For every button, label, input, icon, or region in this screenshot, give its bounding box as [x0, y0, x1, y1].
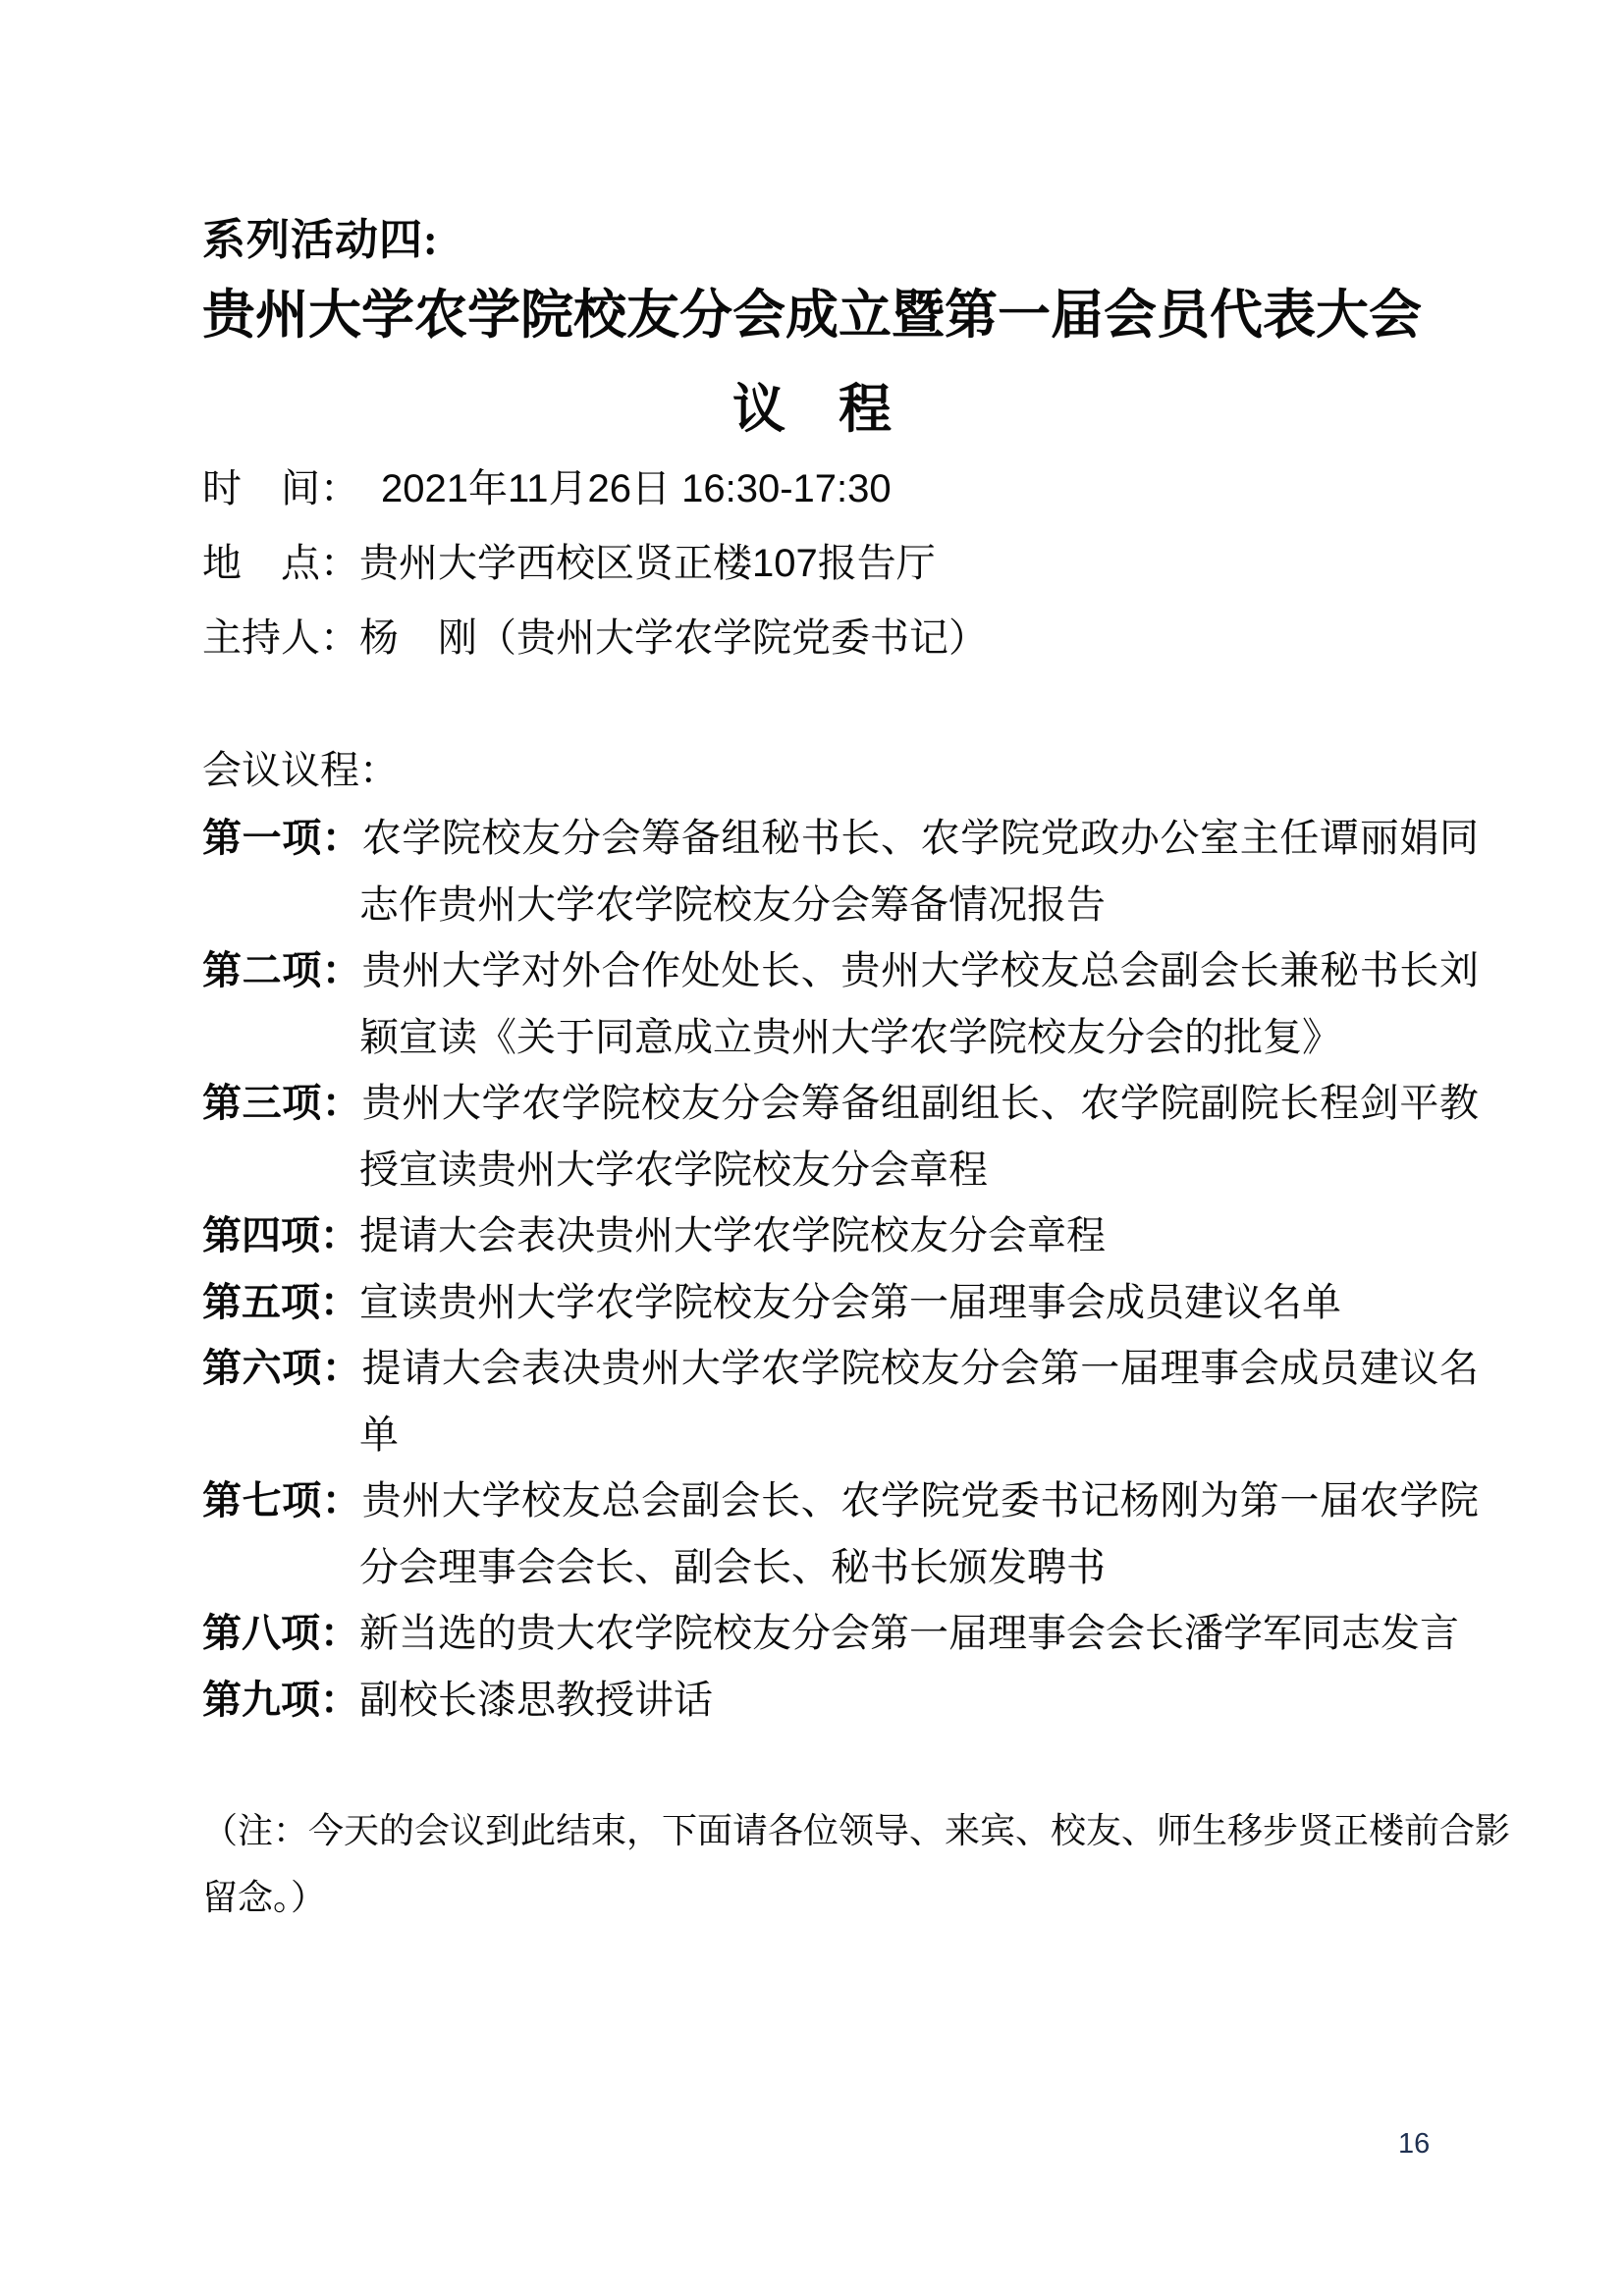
agenda-item-label: 第二项： — [202, 948, 362, 992]
agenda-item-text: 贵州大学对外合作处处长、贵州大学校友总会副会长兼秘书长刘颖宣读《关于同意成立贵州… — [359, 948, 1479, 1059]
agenda-item-text: 贵州大学校友总会副会长、农学院党委书记杨刚为第一届农学院分会理事会会长、副会长、… — [359, 1478, 1479, 1589]
agenda-item-text: 新当选的贵大农学院校友分会第一届理事会会长潘学军同志发言 — [359, 1611, 1459, 1655]
agenda-item: 第七项：贵州大学校友总会副会长、农学院党委书记杨刚为第一届农学院分会理事会会长、… — [202, 1468, 1479, 1600]
agenda-list: 第一项：农学院校友分会筹备组秘书长、农学院党政办公室主任谭丽娟同志作贵州大学农学… — [202, 805, 1479, 1733]
agenda-item-label: 第九项： — [202, 1678, 359, 1722]
agenda-section-label: 会议议程： — [202, 738, 399, 803]
agenda-item: 第六项：提请大会表决贵州大学农学院校友分会第一届理事会成员建议名单 — [202, 1335, 1479, 1468]
agenda-item-text: 贵州大学农学院校友分会筹备组副组长、农学院副院长程剑平教授宣读贵州大学农学院校友… — [359, 1081, 1479, 1192]
agenda-item-text: 提请大会表决贵州大学农学院校友分会第一届理事会成员建议名单 — [359, 1346, 1479, 1457]
agenda-item-label: 第三项： — [202, 1081, 362, 1125]
agenda-item: 第二项：贵州大学对外合作处处长、贵州大学校友总会副会长兼秘书长刘颖宣读《关于同意… — [202, 937, 1479, 1070]
agenda-item-label: 第八项： — [202, 1611, 359, 1655]
meta-location-line: 地 点：贵州大学西校区贤正楼107报告厅 — [202, 526, 988, 601]
document-title: 贵州大学农学院校友分会成立暨第一届会员代表大会 — [0, 273, 1624, 348]
agenda-item: 第四项：提请大会表决贵州大学农学院校友分会章程 — [202, 1202, 1479, 1269]
agenda-item-text: 宣读贵州大学农学院校友分会第一届理事会成员建议名单 — [359, 1280, 1341, 1324]
meta-section: 时 间：2021年11月26日 16:30-17:30 地 点：贵州大学西校区贤… — [202, 452, 988, 675]
agenda-item-label: 第七项： — [202, 1478, 362, 1522]
time-label: 时 间： — [202, 466, 359, 510]
document-subtitle: 议 程 — [0, 367, 1624, 443]
agenda-item: 第五项：宣读贵州大学农学院校友分会第一届理事会成员建议名单 — [202, 1269, 1479, 1336]
location-value: 贵州大学西校区贤正楼107报告厅 — [359, 542, 936, 585]
agenda-item: 第三项：贵州大学农学院校友分会筹备组副组长、农学院副院长程剑平教授宣读贵州大学农… — [202, 1070, 1479, 1202]
agenda-item-label: 第六项： — [202, 1346, 362, 1390]
agenda-item-text: 副校长漆思教授讲话 — [359, 1678, 713, 1722]
meta-host-line: 主持人：杨 刚（贵州大学农学院党委书记） — [202, 601, 988, 675]
agenda-item-label: 第五项： — [202, 1280, 359, 1324]
page-number: 16 — [1398, 2128, 1430, 2161]
series-label: 系列活动四: — [202, 204, 439, 267]
agenda-item: 第八项：新当选的贵大农学院校友分会第一届理事会会长潘学军同志发言 — [202, 1600, 1479, 1667]
host-value: 杨 刚（贵州大学农学院党委书记） — [359, 616, 988, 660]
host-label: 主持人： — [202, 615, 359, 660]
agenda-item-label: 第四项： — [202, 1213, 359, 1257]
closing-note: （注：今天的会议到此结束，下面请各位领导、来宾、校友、师生移步贤正楼前合影 留念… — [202, 1797, 1577, 1931]
location-label: 地 点： — [202, 541, 359, 585]
meta-time-line: 时 间：2021年11月26日 16:30-17:30 — [202, 452, 988, 526]
agenda-item-text: 提请大会表决贵州大学农学院校友分会章程 — [359, 1213, 1106, 1257]
agenda-item: 第九项：副校长漆思教授讲话 — [202, 1667, 1479, 1734]
agenda-item-label: 第一项： — [202, 816, 362, 860]
agenda-item-text: 农学院校友分会筹备组秘书长、农学院党政办公室主任谭丽娟同志作贵州大学农学院校友分… — [359, 816, 1479, 927]
agenda-item: 第一项：农学院校友分会筹备组秘书长、农学院党政办公室主任谭丽娟同志作贵州大学农学… — [202, 805, 1479, 937]
document-page: 系列活动四: 贵州大学农学院校友分会成立暨第一届会员代表大会 议 程 时 间：2… — [0, 0, 1624, 2296]
time-value: 2021年11月26日 16:30-17:30 — [381, 467, 892, 510]
